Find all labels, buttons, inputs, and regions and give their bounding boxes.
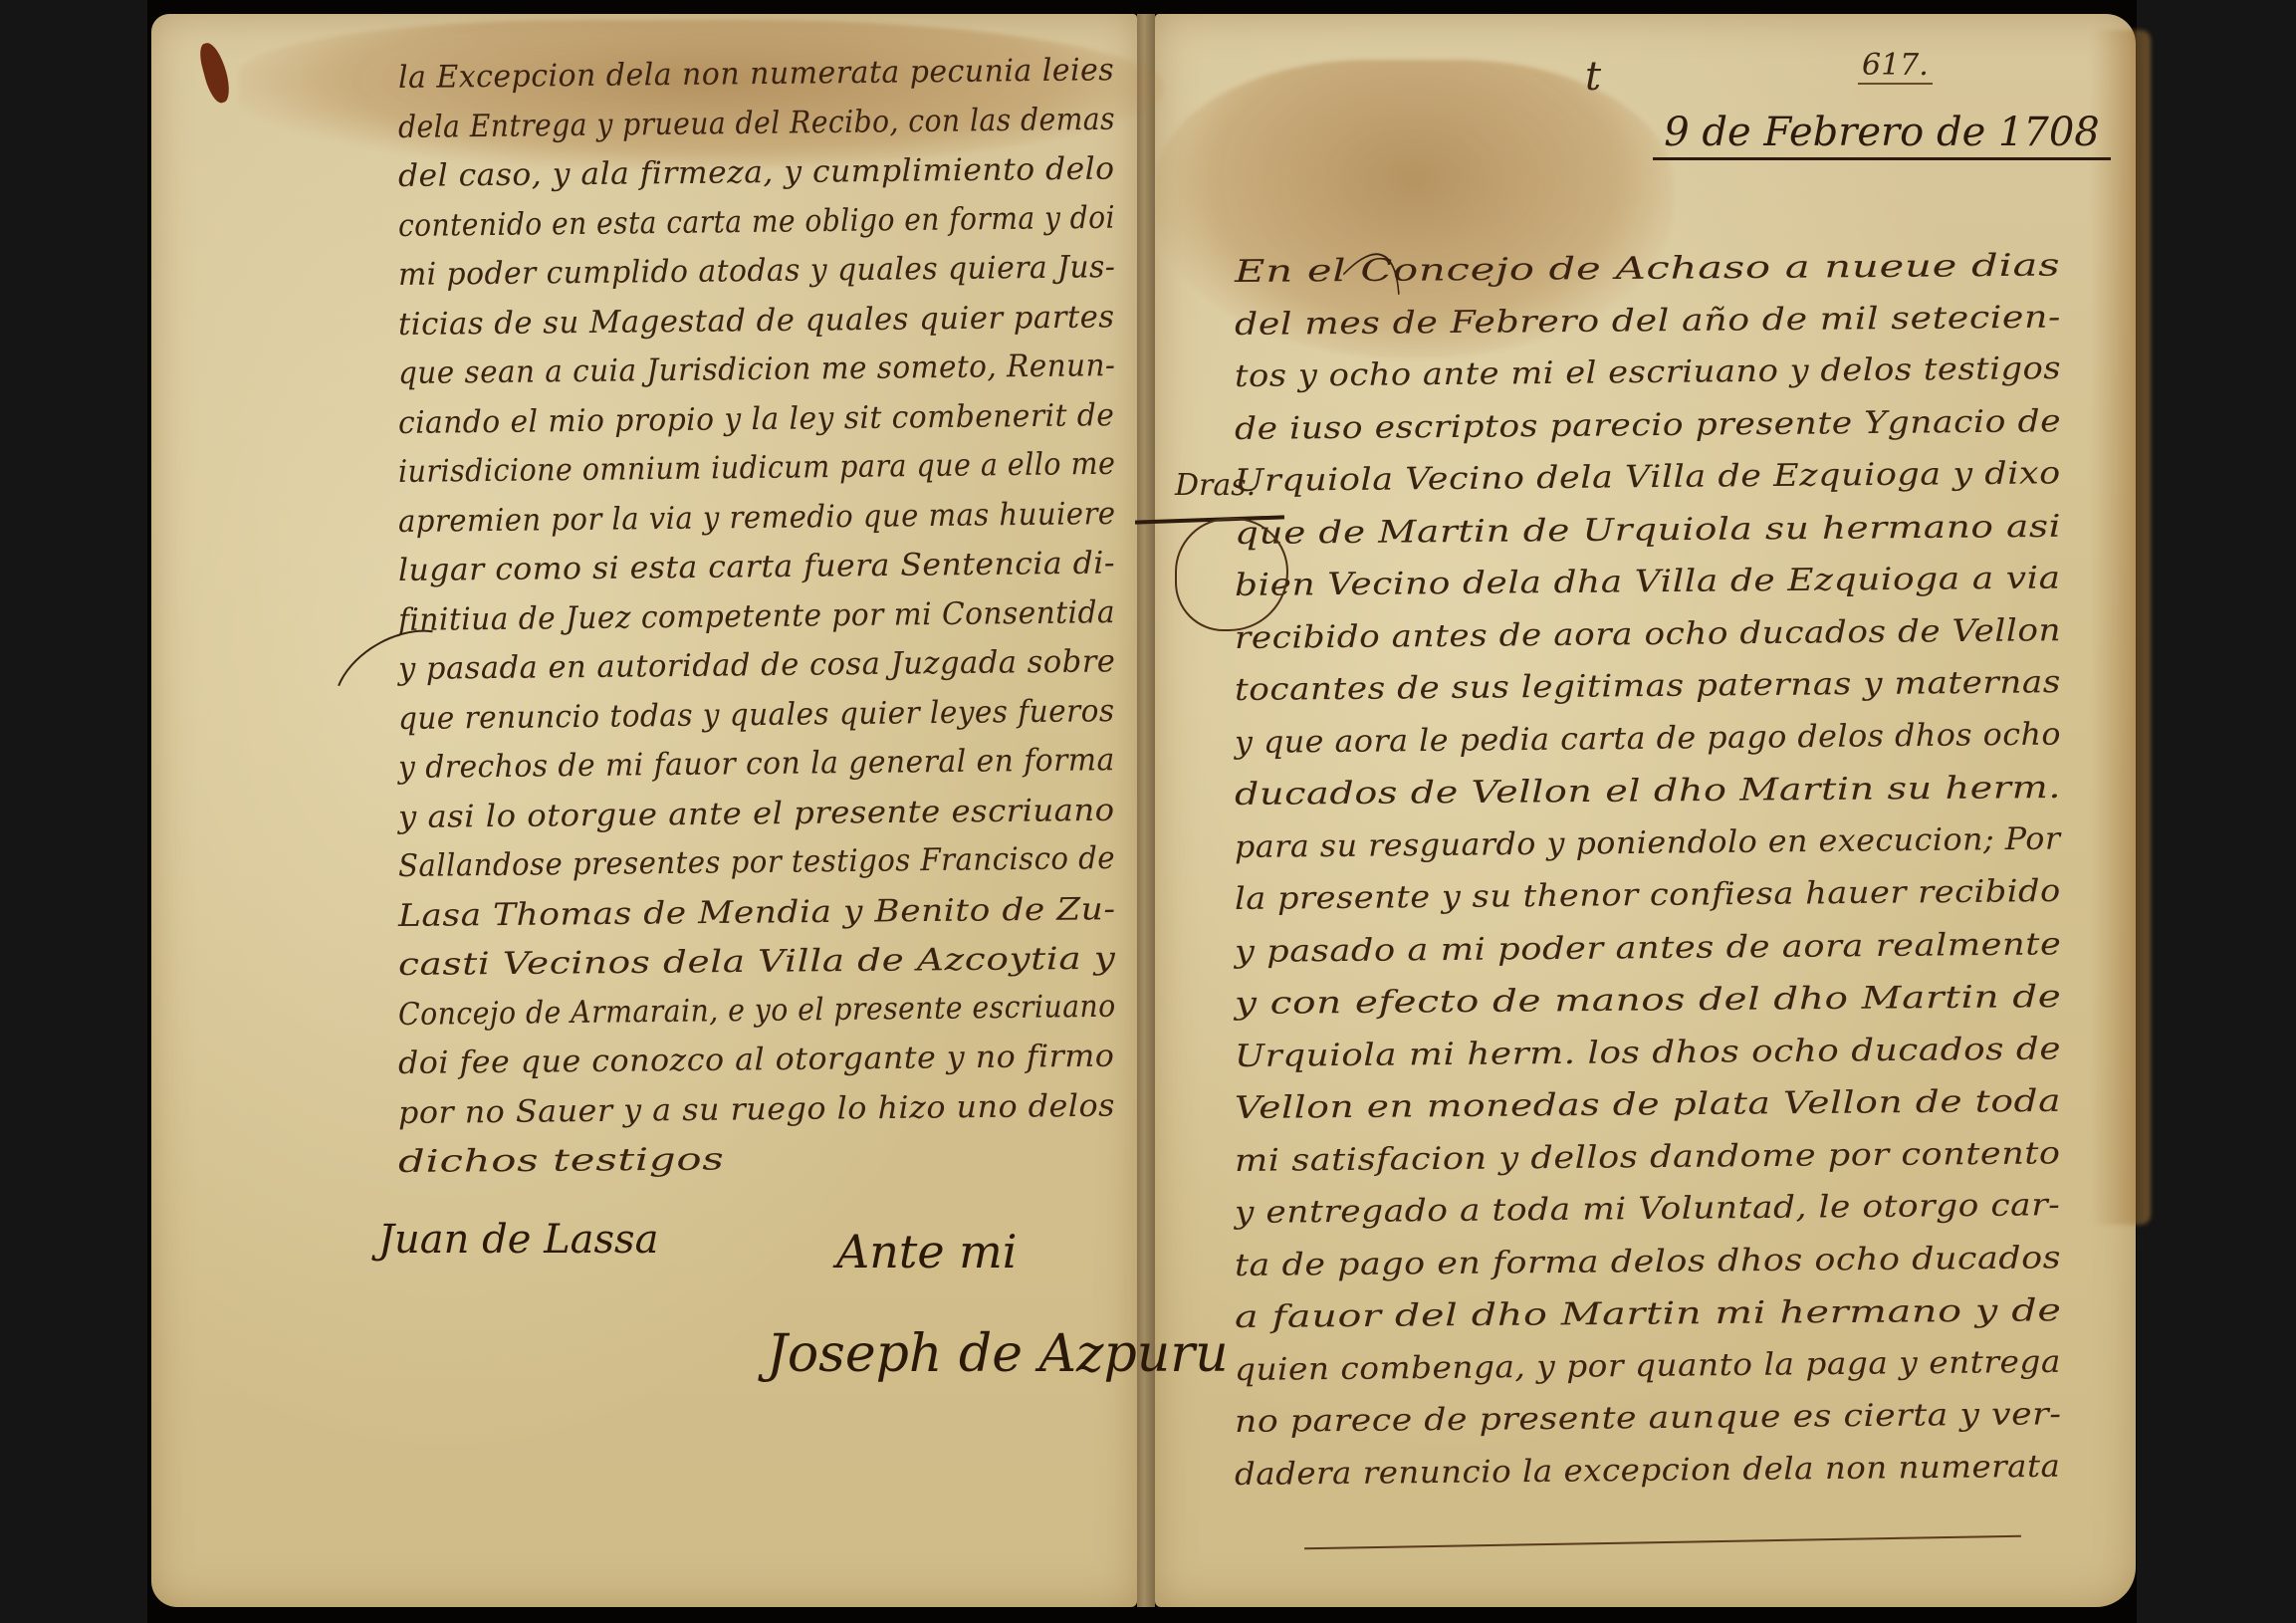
manuscript-line: dela Entrega y prueua del Recibo, con la… <box>398 101 1115 144</box>
document-viewer: t 617. 9 de Febrero de 1708 la Excepcion… <box>0 0 2296 1623</box>
manuscript-line: doi fee que conozco al otorgante y no fi… <box>398 1039 1115 1081</box>
manuscript-line: finitiua de Juez competente por mi Conse… <box>398 594 1115 638</box>
manuscript-line: apremien por la via y remedio que mas hu… <box>398 495 1116 539</box>
manuscript-line: y asi lo otorgue ante el presente escriu… <box>398 792 1115 834</box>
cross-mark: t <box>1585 54 1601 100</box>
manuscript-line: a fauor del dho Martin mi hermano y de <box>1235 1292 2062 1335</box>
manuscript-line: ciando el mio propio y la ley sit comben… <box>398 397 1115 441</box>
manuscript-line: bien Vecino dela dha Villa de Ezquioga a… <box>1235 561 2061 603</box>
manuscript-line: que de Martin de Urquiola su hermano asi <box>1235 508 2062 551</box>
signature-notary: Joseph de Azpuru <box>767 1324 1229 1384</box>
manuscript-line: casti Vecinos dela Villa de Azcoytia y <box>398 941 1116 983</box>
manuscript-line: dadera renuncio la excepcion dela non nu… <box>1235 1448 2061 1492</box>
signature-ante-mi: Ante mi <box>836 1225 1018 1278</box>
manuscript-line: ticias de su Magestad de quales quier pa… <box>398 299 1115 343</box>
manuscript-line: ta de pago en forma delos dhos ocho duca… <box>1235 1240 2062 1283</box>
manuscript-line: recibido antes de aora ocho ducados de V… <box>1235 612 2061 656</box>
manuscript-line: y con efecto de manos del dho Martin de <box>1235 979 2062 1022</box>
manuscript-line: Concejo de Armarain, e yo el presente es… <box>398 988 1116 1032</box>
manuscript-line: quien combenga, y por quanto la paga y e… <box>1235 1343 2061 1387</box>
manuscript-line: que renuncio todas y quales quier leyes … <box>398 693 1115 737</box>
manuscript-line: dichos testigos <box>398 1141 725 1180</box>
manuscript-line: ducados de Vellon el dho Martin su herm. <box>1235 770 2061 812</box>
folio-number: 617. <box>1858 48 1933 85</box>
manuscript-line: del caso, y ala firmeza, y cumplimiento … <box>398 151 1115 194</box>
manuscript-line: Vellon en monedas de plata Vellon de tod… <box>1235 1083 2062 1126</box>
manuscript-line: y pasado a mi poder antes de aora realme… <box>1235 926 2062 970</box>
manuscript-line: Urquiola mi herm. los dhos ocho ducados … <box>1235 1031 2061 1074</box>
manuscript-line: lugar como si esta carta fuera Sentencia… <box>398 546 1115 588</box>
signature-witness: Juan de Lassa <box>378 1217 658 1263</box>
document-date: 9 de Febrero de 1708 <box>1653 110 2111 160</box>
manuscript-line: contenido en esta carta me obligo en for… <box>398 199 1115 243</box>
manuscript-line: Lasa Thomas de Mendia y Benito de Zu- <box>398 891 1116 934</box>
manuscript-line: por no Sauer y a su ruego lo hizo uno de… <box>398 1087 1115 1130</box>
manuscript-line: y pasada en autoridad de cosa Juzgada so… <box>398 643 1116 687</box>
manuscript-line: mi satisfacion y dellos dandome por cont… <box>1235 1135 2061 1179</box>
